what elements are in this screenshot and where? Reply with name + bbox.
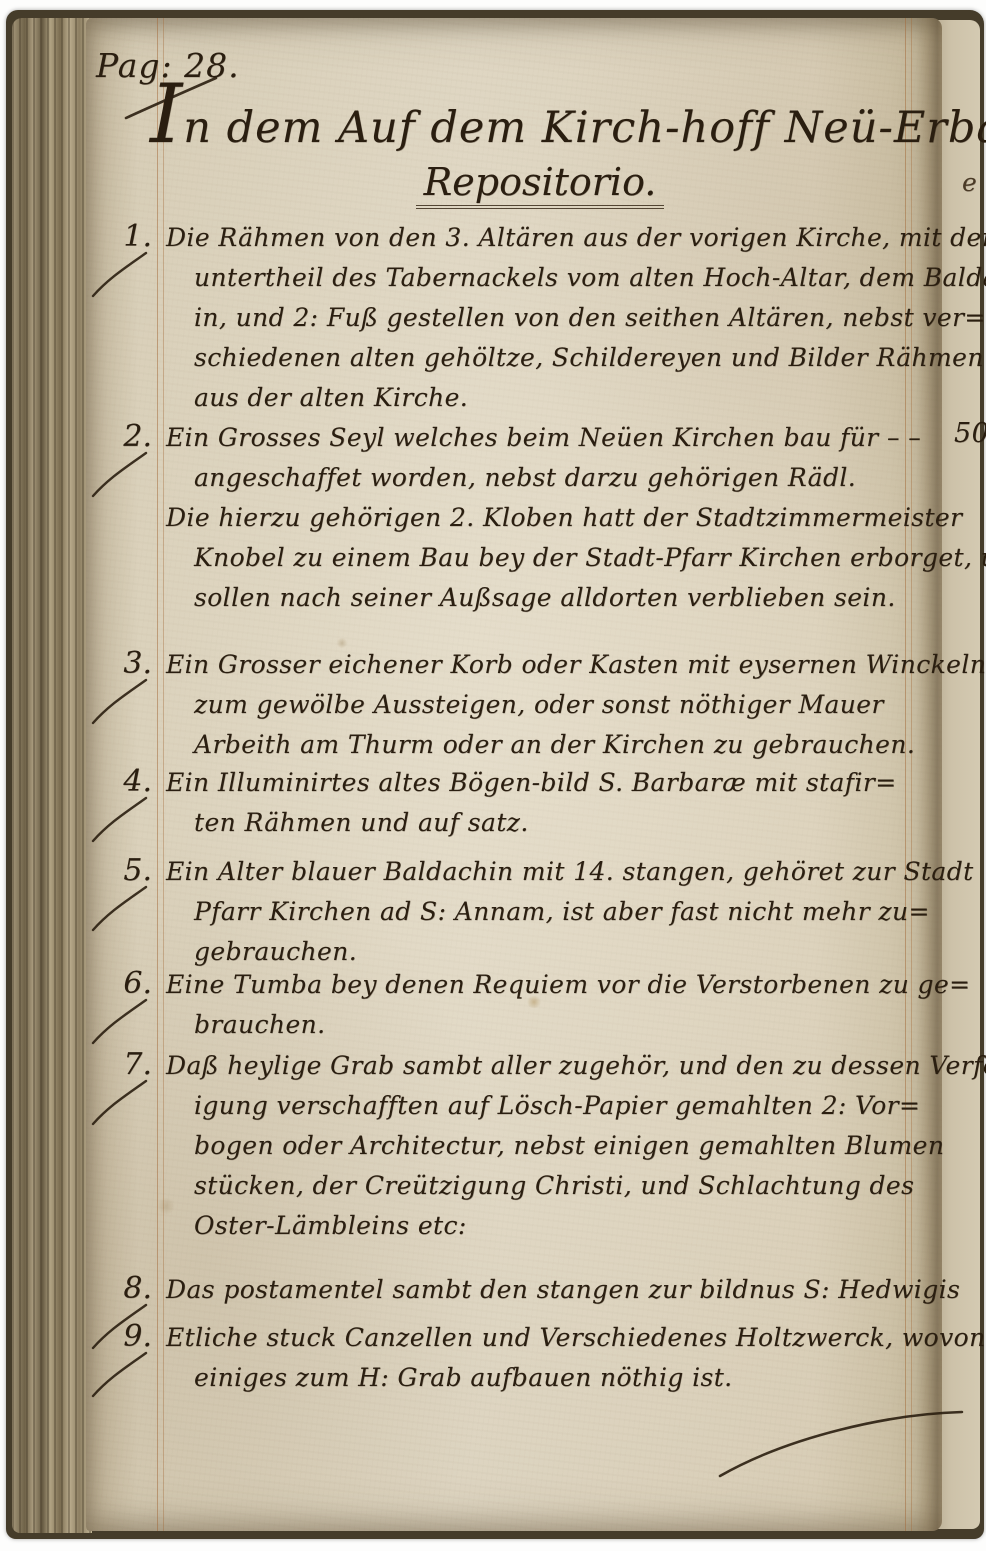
item-price: 50 ℞r bbox=[954, 414, 986, 454]
item-text: Ein Grosses Seyl welches beim Neüen Kirc… bbox=[166, 418, 986, 618]
item-number: 7. bbox=[98, 1046, 152, 1246]
item-line: zum gewölbe Aussteigen, oder sonst nöthi… bbox=[166, 685, 986, 725]
item-text: Die Rähmen von den 3. Altären aus der vo… bbox=[166, 218, 986, 418]
inventory-item: 6.Eine Tumba bey denen Requiem vor die V… bbox=[98, 965, 922, 1045]
inventory-item: 3.Ein Grosser eichener Korb oder Kasten … bbox=[98, 645, 922, 765]
page-subtitle: Repositorio. bbox=[150, 160, 930, 204]
item-line: einiges zum H: Grab aufbauen nöthig ist. bbox=[166, 1358, 986, 1398]
item-number-flourish bbox=[90, 795, 150, 845]
item-number: 3. bbox=[98, 645, 152, 765]
book-page-edges bbox=[12, 18, 92, 1533]
inventory-item: 5.Ein Alter blauer Baldachin mit 14. sta… bbox=[98, 852, 922, 972]
item-line: Ein Illuminirtes altes Bögen-bild S. Bar… bbox=[166, 763, 922, 803]
bottom-flourish bbox=[700, 1398, 980, 1488]
item-line: Oster-Lämbleins etc: bbox=[166, 1206, 986, 1246]
item-line: Knobel zu einem Bau bey der Stadt-Pfarr … bbox=[166, 538, 986, 578]
item-number-flourish bbox=[90, 677, 150, 727]
item-number: 1. bbox=[98, 218, 152, 418]
item-text: Ein Illuminirtes altes Bögen-bild S. Bar… bbox=[166, 763, 922, 843]
item-number-flourish bbox=[90, 1078, 150, 1128]
inventory-item: 8.Das postamentel sambt den stangen zur … bbox=[98, 1270, 922, 1310]
item-text: Eine Tumba bey denen Requiem vor die Ver… bbox=[166, 965, 971, 1045]
item-number-flourish bbox=[90, 250, 150, 300]
item-text: Etliche stuck Canzellen und Verschiedene… bbox=[166, 1318, 986, 1398]
item-line: Ein Alter blauer Baldachin mit 14. stang… bbox=[166, 852, 974, 892]
item-text: Ein Grosser eichener Korb oder Kasten mi… bbox=[166, 645, 986, 765]
item-number: 6. bbox=[98, 965, 152, 1045]
item-line: Eine Tumba bey denen Requiem vor die Ver… bbox=[166, 965, 971, 1005]
item-text: Ein Alter blauer Baldachin mit 14. stang… bbox=[166, 852, 974, 972]
item-line: Etliche stuck Canzellen und Verschiedene… bbox=[166, 1318, 986, 1358]
item-line: Ein Grosses Seyl welches beim Neüen Kirc… bbox=[166, 418, 986, 458]
item-line: ten Rähmen und auf satz. bbox=[166, 803, 922, 843]
item-line: untertheil des Tabernackels vom alten Ho… bbox=[166, 258, 986, 298]
page-subtitle-text: Repositorio. bbox=[416, 160, 665, 209]
item-line: brauchen. bbox=[166, 1005, 971, 1045]
inventory-item: 7.Daß heylige Grab sambt aller zugehör, … bbox=[98, 1046, 922, 1246]
item-line: angeschaffet worden, nebst darzu gehörig… bbox=[166, 458, 986, 498]
item-number: 5. bbox=[98, 852, 152, 972]
inventory-item: 1.Die Rähmen von den 3. Altären aus der … bbox=[98, 218, 922, 418]
item-number-flourish bbox=[90, 1350, 150, 1400]
item-number-flourish bbox=[90, 997, 150, 1047]
item-number: 9. bbox=[98, 1318, 152, 1398]
item-text: Das postamentel sambt den stangen zur bi… bbox=[166, 1270, 960, 1310]
item-line: Daß heylige Grab sambt aller zugehör, un… bbox=[166, 1046, 986, 1086]
item-line: Pfarr Kirchen ad S: Annam, ist aber fast… bbox=[166, 892, 974, 932]
page-title: In dem Auf dem Kirch-hoff Neü-Erbaueten bbox=[150, 86, 930, 153]
inventory-item: 9.Etliche stuck Canzellen und Verschiede… bbox=[98, 1318, 922, 1398]
item-line: igung verschafften auf Lösch-Papier gema… bbox=[166, 1086, 986, 1126]
item-number-flourish bbox=[90, 450, 150, 500]
item-line: stücken, der Creützigung Christi, und Sc… bbox=[166, 1166, 986, 1206]
item-number: 4. bbox=[98, 763, 152, 843]
manuscript-scan: Pag: 28. In dem Auf dem Kirch-hoff Neü-E… bbox=[0, 0, 986, 1551]
inventory-item: 2.Ein Grosses Seyl welches beim Neüen Ki… bbox=[98, 418, 922, 618]
item-line: Ein Grosser eichener Korb oder Kasten mi… bbox=[166, 645, 986, 685]
inventory-item: 4.Ein Illuminirtes altes Bögen-bild S. B… bbox=[98, 763, 922, 843]
item-number: 2. bbox=[98, 418, 152, 618]
item-line: Arbeith am Thurm oder an der Kirchen zu … bbox=[166, 725, 986, 765]
item-line: Die Rähmen von den 3. Altären aus der vo… bbox=[166, 218, 986, 258]
item-text: Daß heylige Grab sambt aller zugehör, un… bbox=[166, 1046, 986, 1246]
next-page-ink-mark: e bbox=[962, 168, 977, 197]
item-line: Das postamentel sambt den stangen zur bi… bbox=[166, 1270, 960, 1310]
item-line: sollen nach seiner Außsage alldorten ver… bbox=[166, 578, 986, 618]
item-line: schiedenen alten gehöltze, Schildereyen … bbox=[166, 338, 986, 378]
item-line: in, und 2: Fuß gestellen von den seithen… bbox=[166, 298, 986, 338]
item-number-flourish bbox=[90, 884, 150, 934]
item-line: Die hierzu gehörigen 2. Kloben hatt der … bbox=[166, 498, 986, 538]
item-line: bogen oder Architectur, nebst einigen ge… bbox=[166, 1126, 986, 1166]
item-number: 8. bbox=[98, 1270, 152, 1310]
item-line: aus der alten Kirche. bbox=[166, 378, 986, 418]
